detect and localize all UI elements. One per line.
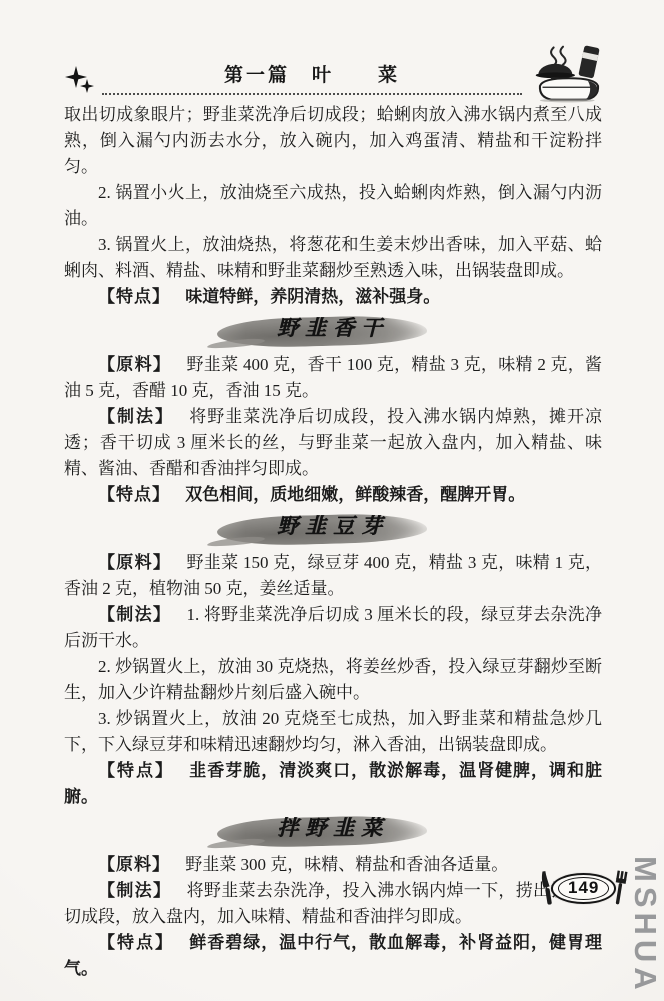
steaming-dishes-icon [528, 44, 610, 109]
field-text: 味道特鲜，养阴清热，滋补强身。 [185, 287, 440, 306]
page-number: 149 [558, 877, 609, 900]
sparkles-icon [64, 66, 100, 103]
field-label: 【特点】 [98, 485, 170, 504]
recipe-title-text: 野韭香干 [277, 316, 389, 340]
page-number-oval: 149 [551, 873, 616, 904]
field-label: 【特点】 [98, 287, 170, 306]
field-label: 【原料】 [98, 355, 171, 374]
recipe-paragraph: 【特点】鲜香碧绿，温中行气，散血解毒，补肾益阳，健胃理气。 [64, 930, 602, 982]
field-text: 野韭菜 300 克，味精、精盐和香油各适量。 [185, 855, 508, 874]
recipe-paragraph: 【特点】韭香芽脆，清淡爽口，散淤解毒，温肾健脾，调和脏腑。 [64, 758, 602, 810]
recipe-paragraph: 【制法】将野韭菜洗净后切成段，投入沸水锅内焯熟，摊开凉透；香干切成 3 厘米长的… [64, 404, 602, 482]
dotted-rule: 第一篇 叶 菜 [102, 60, 522, 95]
knife-icon [538, 869, 557, 912]
recipe-paragraph: 【制法】1. 将野韭菜洗净后切成 3 厘米长的段，绿豆芽去杂洗净后沥干水。 [64, 602, 602, 654]
recipe-content: 取出切成象眼片；野韭菜洗净后切成段；蛤蜊肉放入沸水锅内煮至八成熟，倒入漏勺内沥去… [64, 102, 602, 982]
field-label: 【原料】 [98, 553, 171, 572]
brush-stroke: 拌野韭菜 [247, 814, 419, 846]
recipe-paragraph: 【制法】将野韭菜去杂洗净，投入沸水锅内焯一下，捞出挤干后切成段，放入盘内，加入味… [64, 878, 602, 930]
recipe-title-text: 拌野韭菜 [277, 816, 389, 840]
book-page: 第一篇 叶 菜 取出切成象眼片；野韭菜洗净后切成段；蛤蜊肉放入沸水锅内煮至八成熟 [0, 0, 664, 1001]
field-text: 双色相间，质地细嫩，鲜酸辣香，醒脾开胃。 [185, 485, 525, 504]
watermark-text: MSHUA [627, 856, 663, 995]
recipe-paragraph: 3. 炒锅置火上，放油 20 克烧至七成热，加入野韭菜和精盐急炒几下，下入绿豆芽… [64, 706, 602, 758]
recipe-title: 野韭香干 [64, 314, 602, 346]
recipe-paragraph: 3. 锅置火上，放油烧热，将葱花和生姜末炒出香味，加入平菇、蛤蜊肉、料酒、精盐、… [64, 232, 602, 284]
recipe-title: 拌野韭菜 [64, 814, 602, 846]
field-label: 【制法】 [98, 881, 171, 900]
field-label: 【制法】 [98, 407, 174, 426]
recipe-paragraph: 【原料】野韭菜 150 克，绿豆芽 400 克，精盐 3 克，味精 1 克，香油… [64, 550, 602, 602]
field-label: 【特点】 [98, 761, 174, 780]
brush-stroke: 野韭豆芽 [247, 512, 419, 544]
recipe-paragraph: 2. 炒锅置火上，放油 30 克烧热，将姜丝炒香，投入绿豆芽翻炒至断生，加入少许… [64, 654, 602, 706]
recipe-paragraph: 取出切成象眼片；野韭菜洗净后切成段；蛤蜊肉放入沸水锅内煮至八成熟，倒入漏勺内沥去… [64, 102, 602, 180]
recipe-paragraph: 2. 锅置小火上，放油烧至六成热，投入蛤蜊肉炸熟，倒入漏勺内沥油。 [64, 180, 602, 232]
recipe-paragraph: 【原料】野韭菜 400 克，香干 100 克，精盐 3 克，味精 2 克，酱油 … [64, 352, 602, 404]
chapter-title: 第一篇 叶 菜 [224, 60, 400, 87]
field-label: 【特点】 [98, 933, 174, 952]
recipe-paragraph: 【特点】味道特鲜，养阴清热，滋补强身。 [64, 284, 602, 310]
page-number-plate: 149 [541, 866, 626, 911]
recipe-paragraph: 【原料】野韭菜 300 克，味精、精盐和香油各适量。 [64, 852, 602, 878]
field-label: 【原料】 [98, 855, 170, 874]
brush-stroke: 野韭香干 [247, 314, 419, 346]
field-label: 【制法】 [98, 605, 171, 624]
recipe-title: 野韭豆芽 [64, 512, 602, 544]
recipe-title-text: 野韭豆芽 [277, 514, 389, 538]
recipe-paragraph: 【特点】双色相间，质地细嫩，鲜酸辣香，醒脾开胃。 [64, 482, 602, 508]
page-header: 第一篇 叶 菜 [64, 44, 610, 95]
